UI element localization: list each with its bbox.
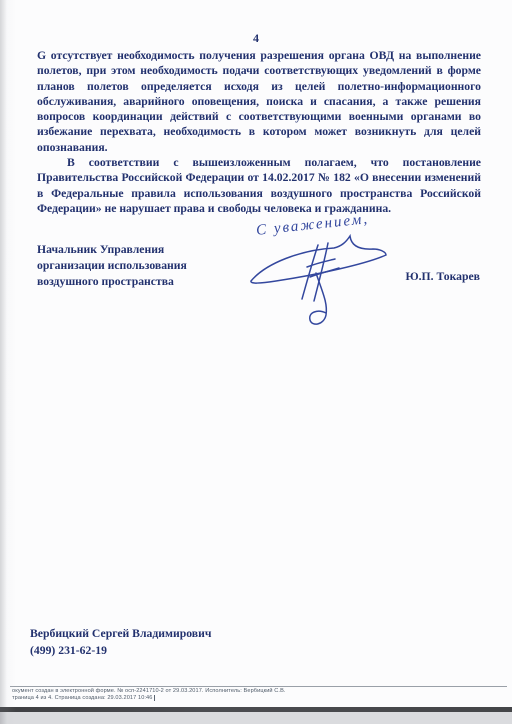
signer-position-line-1: Начальник Управления — [37, 242, 187, 258]
signer-name: Ю.П. Токарев — [405, 270, 480, 283]
scan-background — [0, 712, 512, 724]
document-page: 4 G отсутствует необходимость получения … — [0, 0, 512, 724]
scan-left-shadow — [0, 0, 16, 724]
executor-contact: Вербицкий Сергей Владимирович (499) 231-… — [30, 626, 211, 659]
signer-position-line-3: воздушного пространства — [37, 274, 187, 290]
body-text: G отсутствует необходимость получения ра… — [37, 48, 481, 216]
footer-divider — [10, 686, 507, 687]
signer-position: Начальник Управления организации использ… — [37, 242, 187, 290]
body-paragraph-2: В соответствии с вышеизложенным полагаем… — [37, 155, 481, 216]
page-number: 4 — [0, 31, 512, 46]
footer-line-2-text: траница 4 из 4. Страница создана: 29.03.… — [12, 695, 155, 701]
signature-scribble — [246, 233, 396, 328]
footer-line-2: траница 4 из 4. Страница создана: 29.03.… — [12, 695, 504, 701]
executor-phone: (499) 231-62-19 — [30, 643, 211, 660]
executor-name: Вербицкий Сергей Владимирович — [30, 626, 211, 643]
footer-line-1: окумент создан в электронной форме. № ос… — [12, 688, 504, 694]
body-paragraph-1: G отсутствует необходимость получения ра… — [37, 48, 481, 155]
signer-position-line-2: организации использования — [37, 258, 187, 274]
